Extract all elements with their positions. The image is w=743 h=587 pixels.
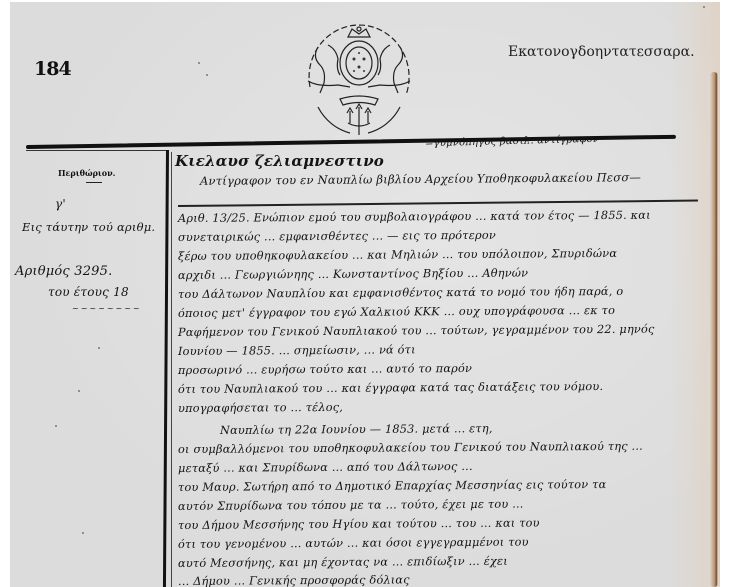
paper-speck bbox=[55, 425, 57, 427]
margin-flourish: ~~~~~~~~ bbox=[72, 304, 142, 313]
page-number-words: Εκατονογδοηντατεσσαρα. bbox=[508, 44, 695, 60]
body-line: υπογραφήσεται το ... τέλος, bbox=[178, 401, 343, 415]
body-line: του Μαυρ. Σωτήρη από το Δημοτικό Επαρχία… bbox=[178, 478, 606, 494]
margin-note: Εις τάυτην τού αριθμ. bbox=[22, 220, 155, 234]
paper-speck bbox=[206, 74, 208, 76]
body-line: του Δάλτωνον Ναυπλίου και εμφανισθέντος … bbox=[178, 285, 623, 301]
header-rule-underline bbox=[26, 150, 166, 151]
body-line: ότι του γενομένου ... αυτών ... και όσοι… bbox=[178, 536, 529, 551]
body-line: συνεταιρικώς ... εμφανισθέντες ... — εις… bbox=[178, 229, 496, 244]
page-edge-stain bbox=[710, 72, 718, 587]
coat-of-arms-icon bbox=[288, 7, 430, 137]
body-line: οι συμβαλλόμενοι του υποθηκοφυλακείου το… bbox=[178, 440, 643, 456]
margin-column-label: Περιθώριον. bbox=[58, 168, 115, 178]
paper-speck bbox=[98, 347, 100, 349]
paper-speck bbox=[82, 532, 84, 534]
margin-note: γ' bbox=[55, 197, 66, 211]
body-line: Ραφήμενον του Γενικού Ναυπλιακού του ...… bbox=[178, 323, 655, 339]
body-line: αυτό Μεσσήνης, και μη έχοντας να ... επι… bbox=[178, 555, 508, 570]
body-line: ότι του Ναυπλιακού του ... και έγγραφα κ… bbox=[178, 380, 603, 396]
margin-note: Αριθμός 3295. bbox=[15, 264, 112, 279]
paper-speck bbox=[703, 6, 705, 8]
margin-label-underline bbox=[86, 182, 102, 183]
paper-speck bbox=[78, 390, 80, 392]
entry-title: Κιελαυσ ζελιαμνεστινο bbox=[175, 152, 384, 170]
margin-note: του έτους 18 bbox=[48, 285, 129, 299]
entry-subtitle: Αντίγραφον του εν Ναυπλίω βιβλίου Αρχείο… bbox=[200, 170, 641, 188]
page-number: 184 bbox=[34, 58, 71, 80]
body-line: προσωρινό ... ευρήσω τούτο και ... αυτό … bbox=[178, 362, 472, 377]
column-divider bbox=[163, 150, 169, 587]
column-divider-thin bbox=[171, 152, 172, 587]
body-line: ... Δήμου ... Γενικής προσφοράς δόλιας bbox=[178, 573, 410, 587]
body-line: ξέρω του υποθηκοφυλακείου ... και Μηλιών… bbox=[178, 247, 617, 263]
body-line: Ιουνίου — 1855. ... σημείωσιν, ... νά ότ… bbox=[178, 343, 416, 358]
body-line: Ναυπλίω τη 22α Ιουνίου — 1853. μετά ... … bbox=[220, 422, 493, 437]
body-line: αυτόν Σπυρίδωνα του τόπου με τα ... τούτ… bbox=[178, 498, 524, 513]
subtitle-rule bbox=[178, 200, 698, 207]
body-line: μεταξύ ... και Σπυρίδωνα ... από του Δάλ… bbox=[178, 460, 473, 475]
body-line: Αριθ. 13/25. Ενώπιον εμού του συμβολαιογ… bbox=[178, 209, 651, 225]
body-line: όποιος μετ' έγγραφον του εγώ Χαλκιού ΚΚΚ… bbox=[178, 304, 615, 320]
register-page: 184 Εκατονογδοηντατεσσαρα. Περιθώρ bbox=[10, 2, 720, 587]
body-line: του Δήμου Μεσσήνης του Ηγίου και τούτου … bbox=[178, 516, 540, 532]
body-line: αρχιδι ... Γεωργιώνηης ... Κωνσταντίνος … bbox=[178, 267, 528, 282]
paper-speck bbox=[198, 62, 200, 64]
title-note: =γυμνόπηγος βασιλ. αντίγραφον bbox=[425, 134, 599, 150]
